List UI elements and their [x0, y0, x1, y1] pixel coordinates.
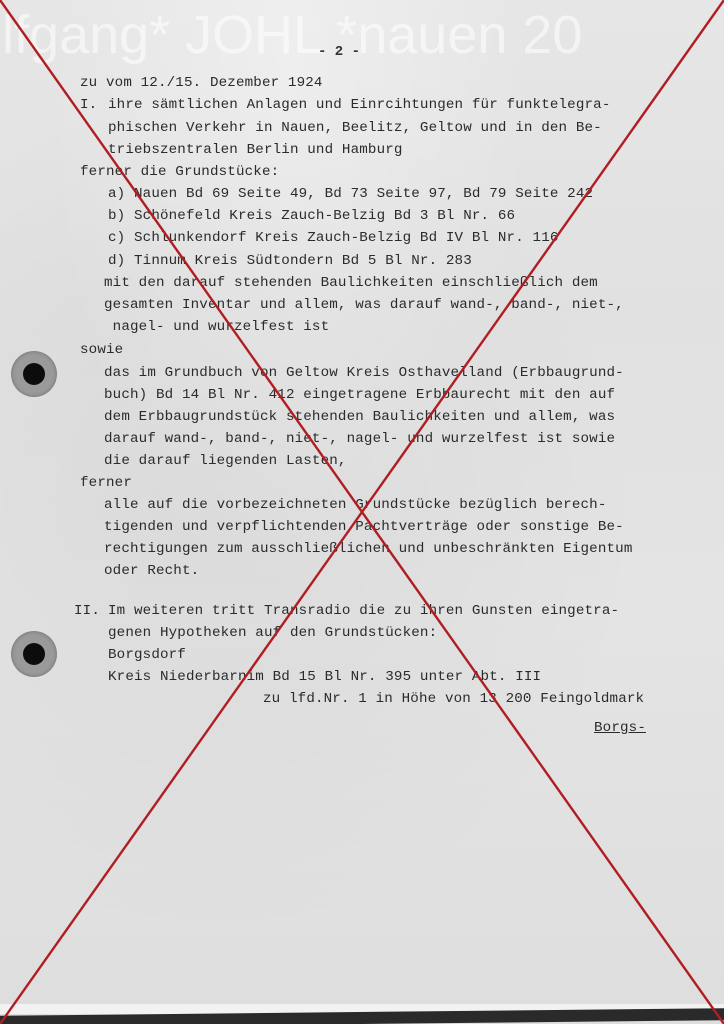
document-page: olfgang* JOHL *nauen 20 - 2 - zu vom 12.… [0, 0, 724, 1024]
cross-out-mark-icon [0, 0, 724, 1024]
